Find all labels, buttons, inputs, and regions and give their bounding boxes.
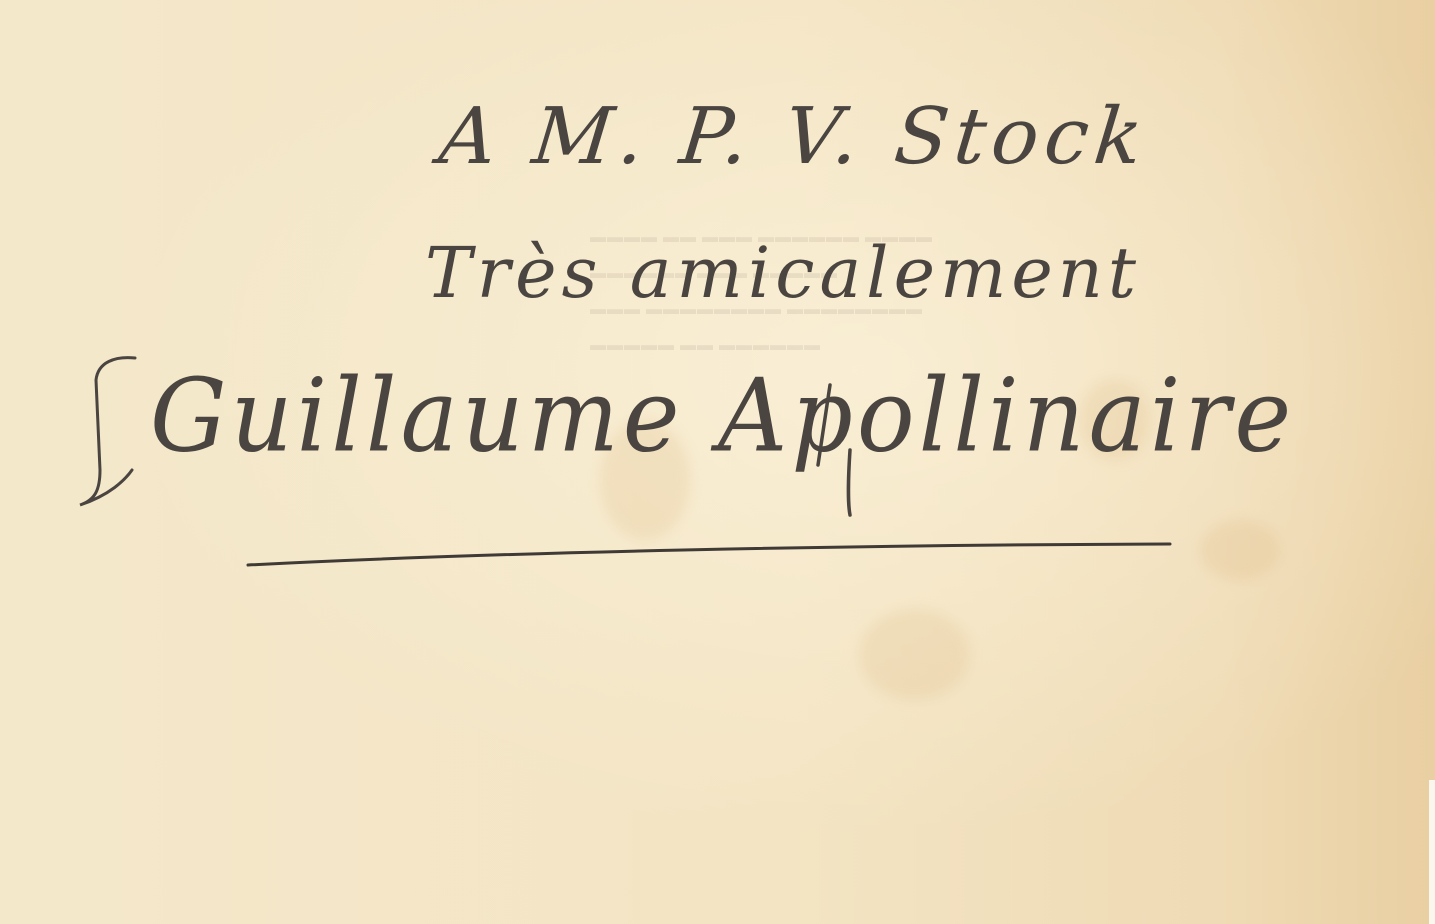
signature-flourish (80, 358, 135, 505)
signature-underline (248, 544, 1170, 565)
paper-edge (1429, 780, 1435, 924)
ink-strokes (0, 0, 1435, 924)
signature-descender (818, 385, 850, 515)
